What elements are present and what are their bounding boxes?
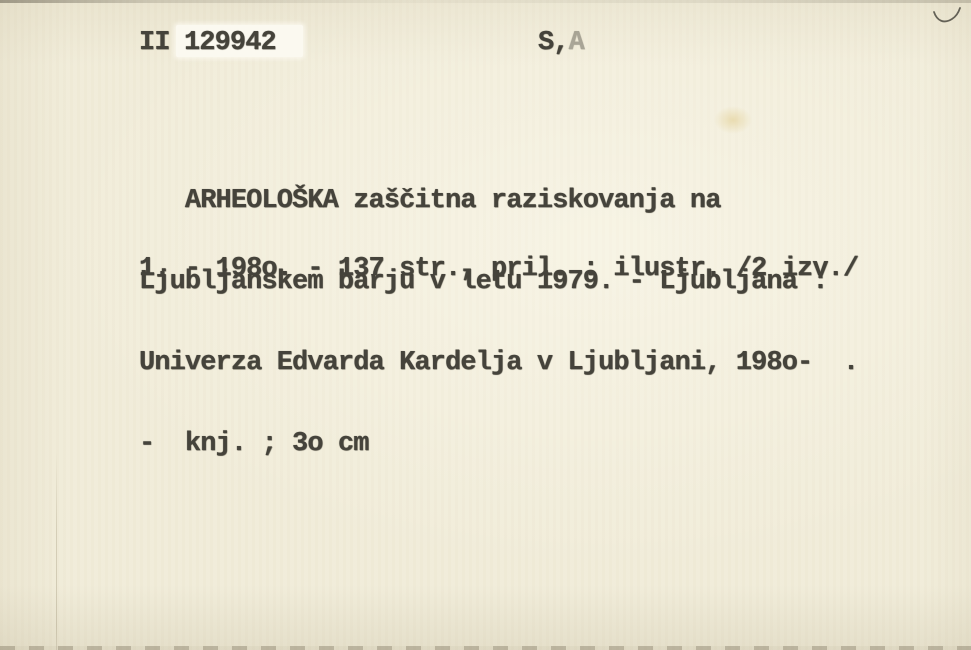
paper-stain xyxy=(714,106,752,134)
heading-letters-faint: A xyxy=(569,28,584,58)
paper-crease-line xyxy=(56,452,57,650)
description-line: - knj. ; 3o cm xyxy=(139,431,858,458)
description-line: Univerza Edvarda Kardelja v Ljubljani, 1… xyxy=(139,350,858,377)
holdings-line: 1. - 198o. - 137 str., pril. : ilustr. /… xyxy=(139,256,858,283)
heading-letters-dark: S, xyxy=(538,28,569,58)
card-bottom-edge-shadow xyxy=(0,646,971,650)
call-number-prefix: II xyxy=(139,30,170,57)
library-catalog-card: II 129942 S,A ARHEOLOŠKA zaščitna razisk… xyxy=(0,0,971,650)
call-number: 129942 xyxy=(184,30,276,57)
handwritten-check-mark-icon xyxy=(930,5,966,31)
card-top-edge-shadow xyxy=(0,0,971,3)
bibliographic-description: ARHEOLOŠKA zaščitna raziskovanja na Ljub… xyxy=(139,134,858,512)
heading-letters: S,A xyxy=(538,30,584,57)
description-line: ARHEOLOŠKA zaščitna raziskovanja na xyxy=(139,188,858,215)
